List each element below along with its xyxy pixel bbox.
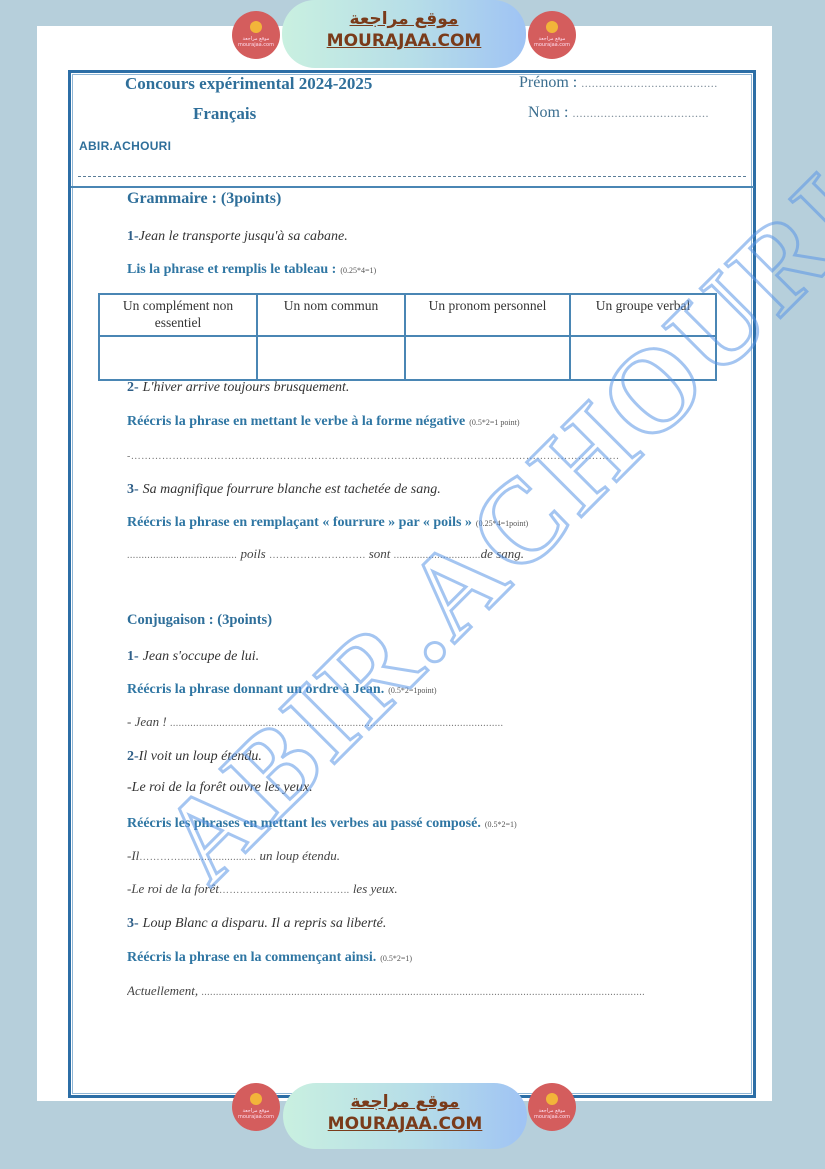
- table-answer-cell[interactable]: [570, 336, 716, 380]
- site-domain: MOURAJAA.COM: [282, 29, 526, 53]
- exam-author: ABIR.ACHOURI: [79, 139, 171, 153]
- table-header-pronom: Un pronom personnel: [405, 294, 570, 336]
- prenom-blank: .......................................: [581, 76, 718, 90]
- site-badge-right[interactable]: موقع مراجعة mourajaa.com: [528, 11, 576, 59]
- nom-field[interactable]: Nom : ..................................…: [528, 104, 709, 122]
- conjugaison-q2-sentence-b: -Le roi de la forêt ouvre les yeux.: [127, 780, 313, 796]
- table-answer-cell[interactable]: [99, 336, 257, 380]
- grammaire-q3-answer-line[interactable]: ...................................... p…: [127, 546, 524, 562]
- table-header-cne: Un complément non essentiel: [99, 294, 257, 336]
- site-domain: MOURAJAA.COM: [283, 1112, 527, 1136]
- exam-title: Concours expérimental 2024-2025: [125, 74, 372, 94]
- site-badge-left-bottom[interactable]: موقع مراجعة mourajaa.com: [232, 1083, 280, 1131]
- points-note: (0.5*2=1 point): [469, 418, 519, 427]
- conjugaison-q3-answer-line[interactable]: Actuellement, ..........................…: [127, 983, 687, 999]
- conjugaison-q3-sentence: 3- Loup Blanc a disparu. Il a repris sa …: [127, 914, 386, 932]
- table-answer-cell[interactable]: [257, 336, 405, 380]
- grammaire-q3-sentence: 3- Sa magnifique fourrure blanche est ta…: [127, 480, 441, 498]
- prenom-field[interactable]: Prénom : ...............................…: [519, 74, 718, 92]
- section-heading-conjugaison: Conjugaison : (3points): [127, 612, 272, 629]
- conjugaison-q1-instruction: Réécris la phrase donnant un ordre à Jea…: [127, 680, 437, 698]
- grammaire-q1-instruction: Lis la phrase et remplis le tableau : (0…: [127, 260, 376, 278]
- nom-label: Nom :: [528, 104, 568, 121]
- conjugaison-q2-answer-a[interactable]: -Il………….......................... un lou…: [127, 848, 340, 864]
- grammaire-q1-sentence: 1-Jean le transporte jusqu'à sa cabane.: [127, 227, 348, 245]
- conjugaison-q1-answer-line[interactable]: - Jean ! ...............................…: [127, 714, 503, 730]
- site-name-arabic: موقع مراجعة: [282, 9, 526, 29]
- grammaire-q3-instruction: Réécris la phrase en remplaçant « fourru…: [127, 513, 528, 531]
- points-note: (0.25*4=1point): [476, 519, 528, 528]
- site-name-arabic: موقع مراجعة: [283, 1092, 527, 1112]
- nom-blank: .......................................: [572, 106, 709, 120]
- points-note: (0.5*2=1): [485, 820, 517, 829]
- exam-frame: [68, 70, 756, 1098]
- site-badge-right-bottom[interactable]: موقع مراجعة mourajaa.com: [528, 1083, 576, 1131]
- conjugaison-q2-answer-b[interactable]: -Le roi de la forêt……………………………….. les ye…: [127, 881, 398, 897]
- book-logo-icon: [250, 21, 262, 33]
- points-note: (0.5*2=1point): [388, 686, 436, 695]
- conjugaison-q1-sentence: 1- Jean s'occupe de lui.: [127, 647, 259, 665]
- exam-subject: Français: [193, 104, 256, 124]
- table-answer-cell[interactable]: [405, 336, 570, 380]
- table-header-nom-commun: Un nom commun: [257, 294, 405, 336]
- conjugaison-q2-sentence-a: 2-Il voit un loup étendu.: [127, 747, 262, 765]
- grammar-table: Un complément non essentiel Un nom commu…: [98, 293, 717, 381]
- points-note: (0.25*4=1): [340, 266, 376, 275]
- grammaire-q2-answer-line[interactable]: -…………………………………………………………………………………………………………: [127, 447, 627, 463]
- conjugaison-q3-instruction: Réécris la phrase en la commençant ainsi…: [127, 948, 412, 966]
- header-dashed-divider: [78, 176, 746, 177]
- site-banner-bottom[interactable]: موقع مراجعة MOURAJAA.COM: [283, 1083, 527, 1149]
- book-logo-icon: [546, 1093, 558, 1105]
- site-banner-top[interactable]: موقع مراجعة MOURAJAA.COM: [282, 0, 526, 68]
- site-badge-left[interactable]: موقع مراجعة mourajaa.com: [232, 11, 280, 59]
- section-heading-grammaire: Grammaire : (3points): [127, 190, 281, 208]
- conjugaison-q2-instruction: Réécris les phrases en mettant les verbe…: [127, 814, 517, 832]
- header-divider: [71, 186, 754, 188]
- grammaire-q2-sentence: 2- L'hiver arrive toujours brusquement.: [127, 378, 349, 396]
- table-header-groupe-verbal: Un groupe verbal: [570, 294, 716, 336]
- grammaire-q2-instruction: Réécris la phrase en mettant le verbe à …: [127, 412, 520, 430]
- points-note: (0.5*2=1): [380, 954, 412, 963]
- book-logo-icon: [250, 1093, 262, 1105]
- prenom-label: Prénom :: [519, 74, 577, 91]
- book-logo-icon: [546, 21, 558, 33]
